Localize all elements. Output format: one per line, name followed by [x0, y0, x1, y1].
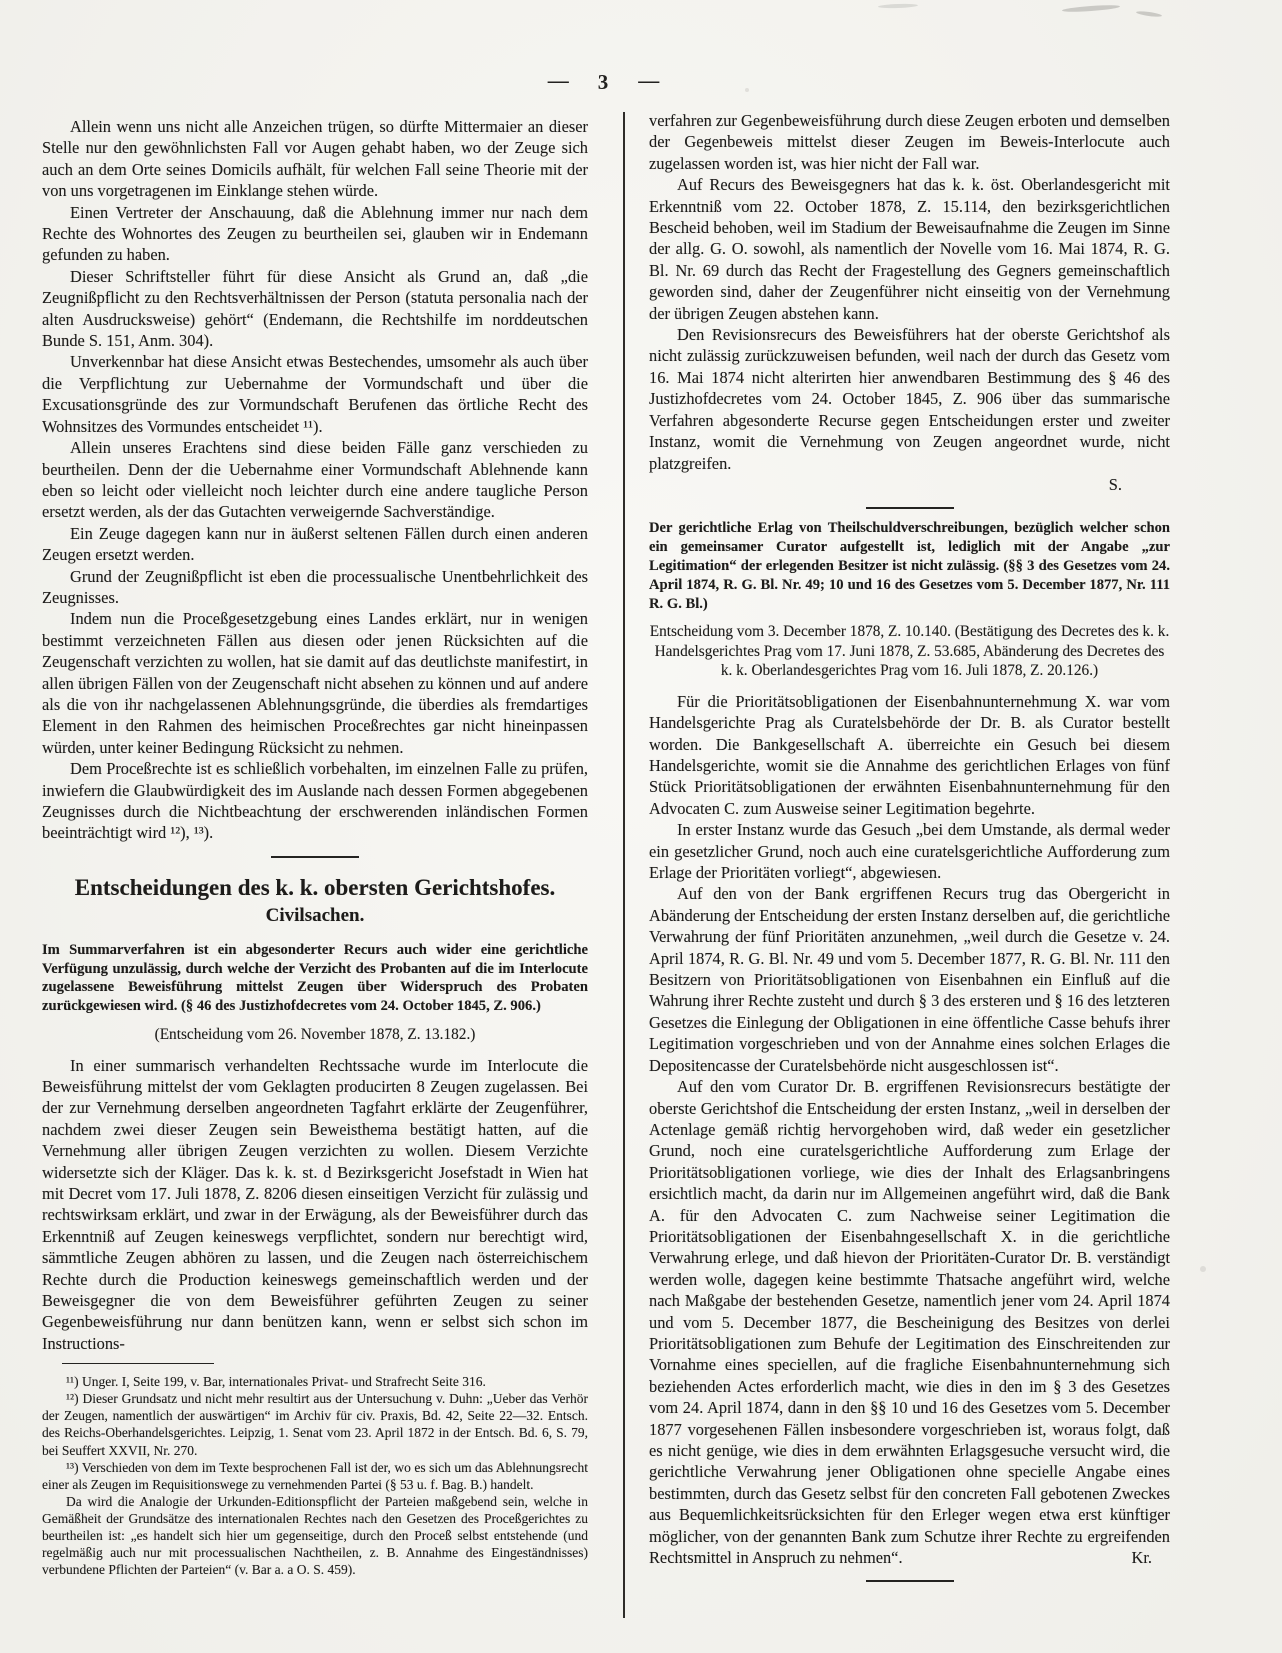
section-divider-rule: [866, 1580, 954, 1582]
section-divider-rule: [271, 856, 359, 858]
body-paragraph: Auf den vom Curator Dr. B. ergriffenen R…: [649, 1076, 1170, 1568]
footnote: ¹²) Dieser Grundsatz und nicht mehr resu…: [42, 1390, 588, 1458]
footnote: ¹³) Verschieden von dem im Texte besproc…: [42, 1459, 588, 1493]
scan-artifact: [745, 88, 749, 92]
right-column: verfahren zur Gegenbeweisführung durch d…: [649, 110, 1170, 1592]
body-paragraph: Den Revisionsrecurs des Beweisführers ha…: [649, 324, 1170, 474]
scan-artifact: [878, 3, 918, 8]
scan-artifact: [1062, 4, 1120, 13]
body-paragraph: In einer summarisch verhandelten Rechtss…: [42, 1055, 588, 1355]
left-column: Allein wenn uns nicht alle Anzeichen trü…: [42, 116, 588, 1578]
body-paragraph: Einen Vertreter der Anschauung, daß die …: [42, 202, 588, 266]
footnote: ¹¹) Unger. I, Seite 199, v. Bar, interna…: [42, 1373, 588, 1390]
scan-artifact: [1136, 10, 1162, 18]
footnote-separator-rule: [62, 1363, 214, 1364]
column-divider-rule: [623, 112, 625, 1618]
body-paragraph: Ein Zeuge dagegen kann nur in äußerst se…: [42, 523, 588, 566]
scanned-page: —3— Allein wenn uns nicht alle Anzeichen…: [0, 0, 1282, 1653]
page-number: 3: [598, 70, 609, 94]
header-dash-left: —: [548, 68, 568, 92]
body-paragraph: Dem Proceßrechte ist es schließlich vorb…: [42, 758, 588, 844]
body-paragraph: Allein wenn uns nicht alle Anzeichen trü…: [42, 116, 588, 202]
body-paragraph: Auf Recurs des Beweisgegners hat das k. …: [649, 174, 1170, 324]
body-paragraph: Indem nun die Proceßgesetzgebung eines L…: [42, 608, 588, 758]
body-paragraph: Grund der Zeugnißpflicht ist eben die pr…: [42, 566, 588, 609]
body-paragraph: Dieser Schriftsteller führt für diese An…: [42, 266, 588, 352]
scan-artifact: [1200, 1266, 1206, 1272]
decision-signature: Kr.: [1104, 1547, 1171, 1568]
body-paragraph: Allein unseres Erachtens sind diese beid…: [42, 437, 588, 523]
body-paragraph: Auf den von der Bank ergriffenen Recurs …: [649, 883, 1170, 1076]
decision-signature: S.: [649, 474, 1170, 495]
decision-reference: (Entscheidung vom 26. November 1878, Z. …: [42, 1025, 588, 1045]
page-header: —3—: [42, 70, 1164, 95]
section-divider-rule: [866, 507, 954, 509]
decision-reference: Entscheidung vom 3. December 1878, Z. 10…: [649, 622, 1170, 681]
decision-headnote: Der gerichtliche Erlag von Theilschuldve…: [649, 519, 1170, 613]
footnote: Da wird die Analogie der Urkunden-Editio…: [42, 1493, 588, 1578]
subsection-heading: Civilsachen.: [42, 905, 588, 926]
decision-headnote: Im Summarverfahren ist ein abgesonderter…: [42, 941, 588, 1016]
body-paragraph-continuation: verfahren zur Gegenbeweisführung durch d…: [649, 110, 1170, 174]
section-heading: Entscheidungen des k. k. obersten Gerich…: [42, 874, 588, 902]
body-paragraph: Für die Prioritätsobligationen der Eisen…: [649, 691, 1170, 819]
body-paragraph: In erster Instanz wurde das Gesuch „bei …: [649, 819, 1170, 883]
body-paragraph: Unverkennbar hat diese Ansicht etwas Bes…: [42, 351, 588, 437]
header-dash-right: —: [638, 68, 658, 92]
